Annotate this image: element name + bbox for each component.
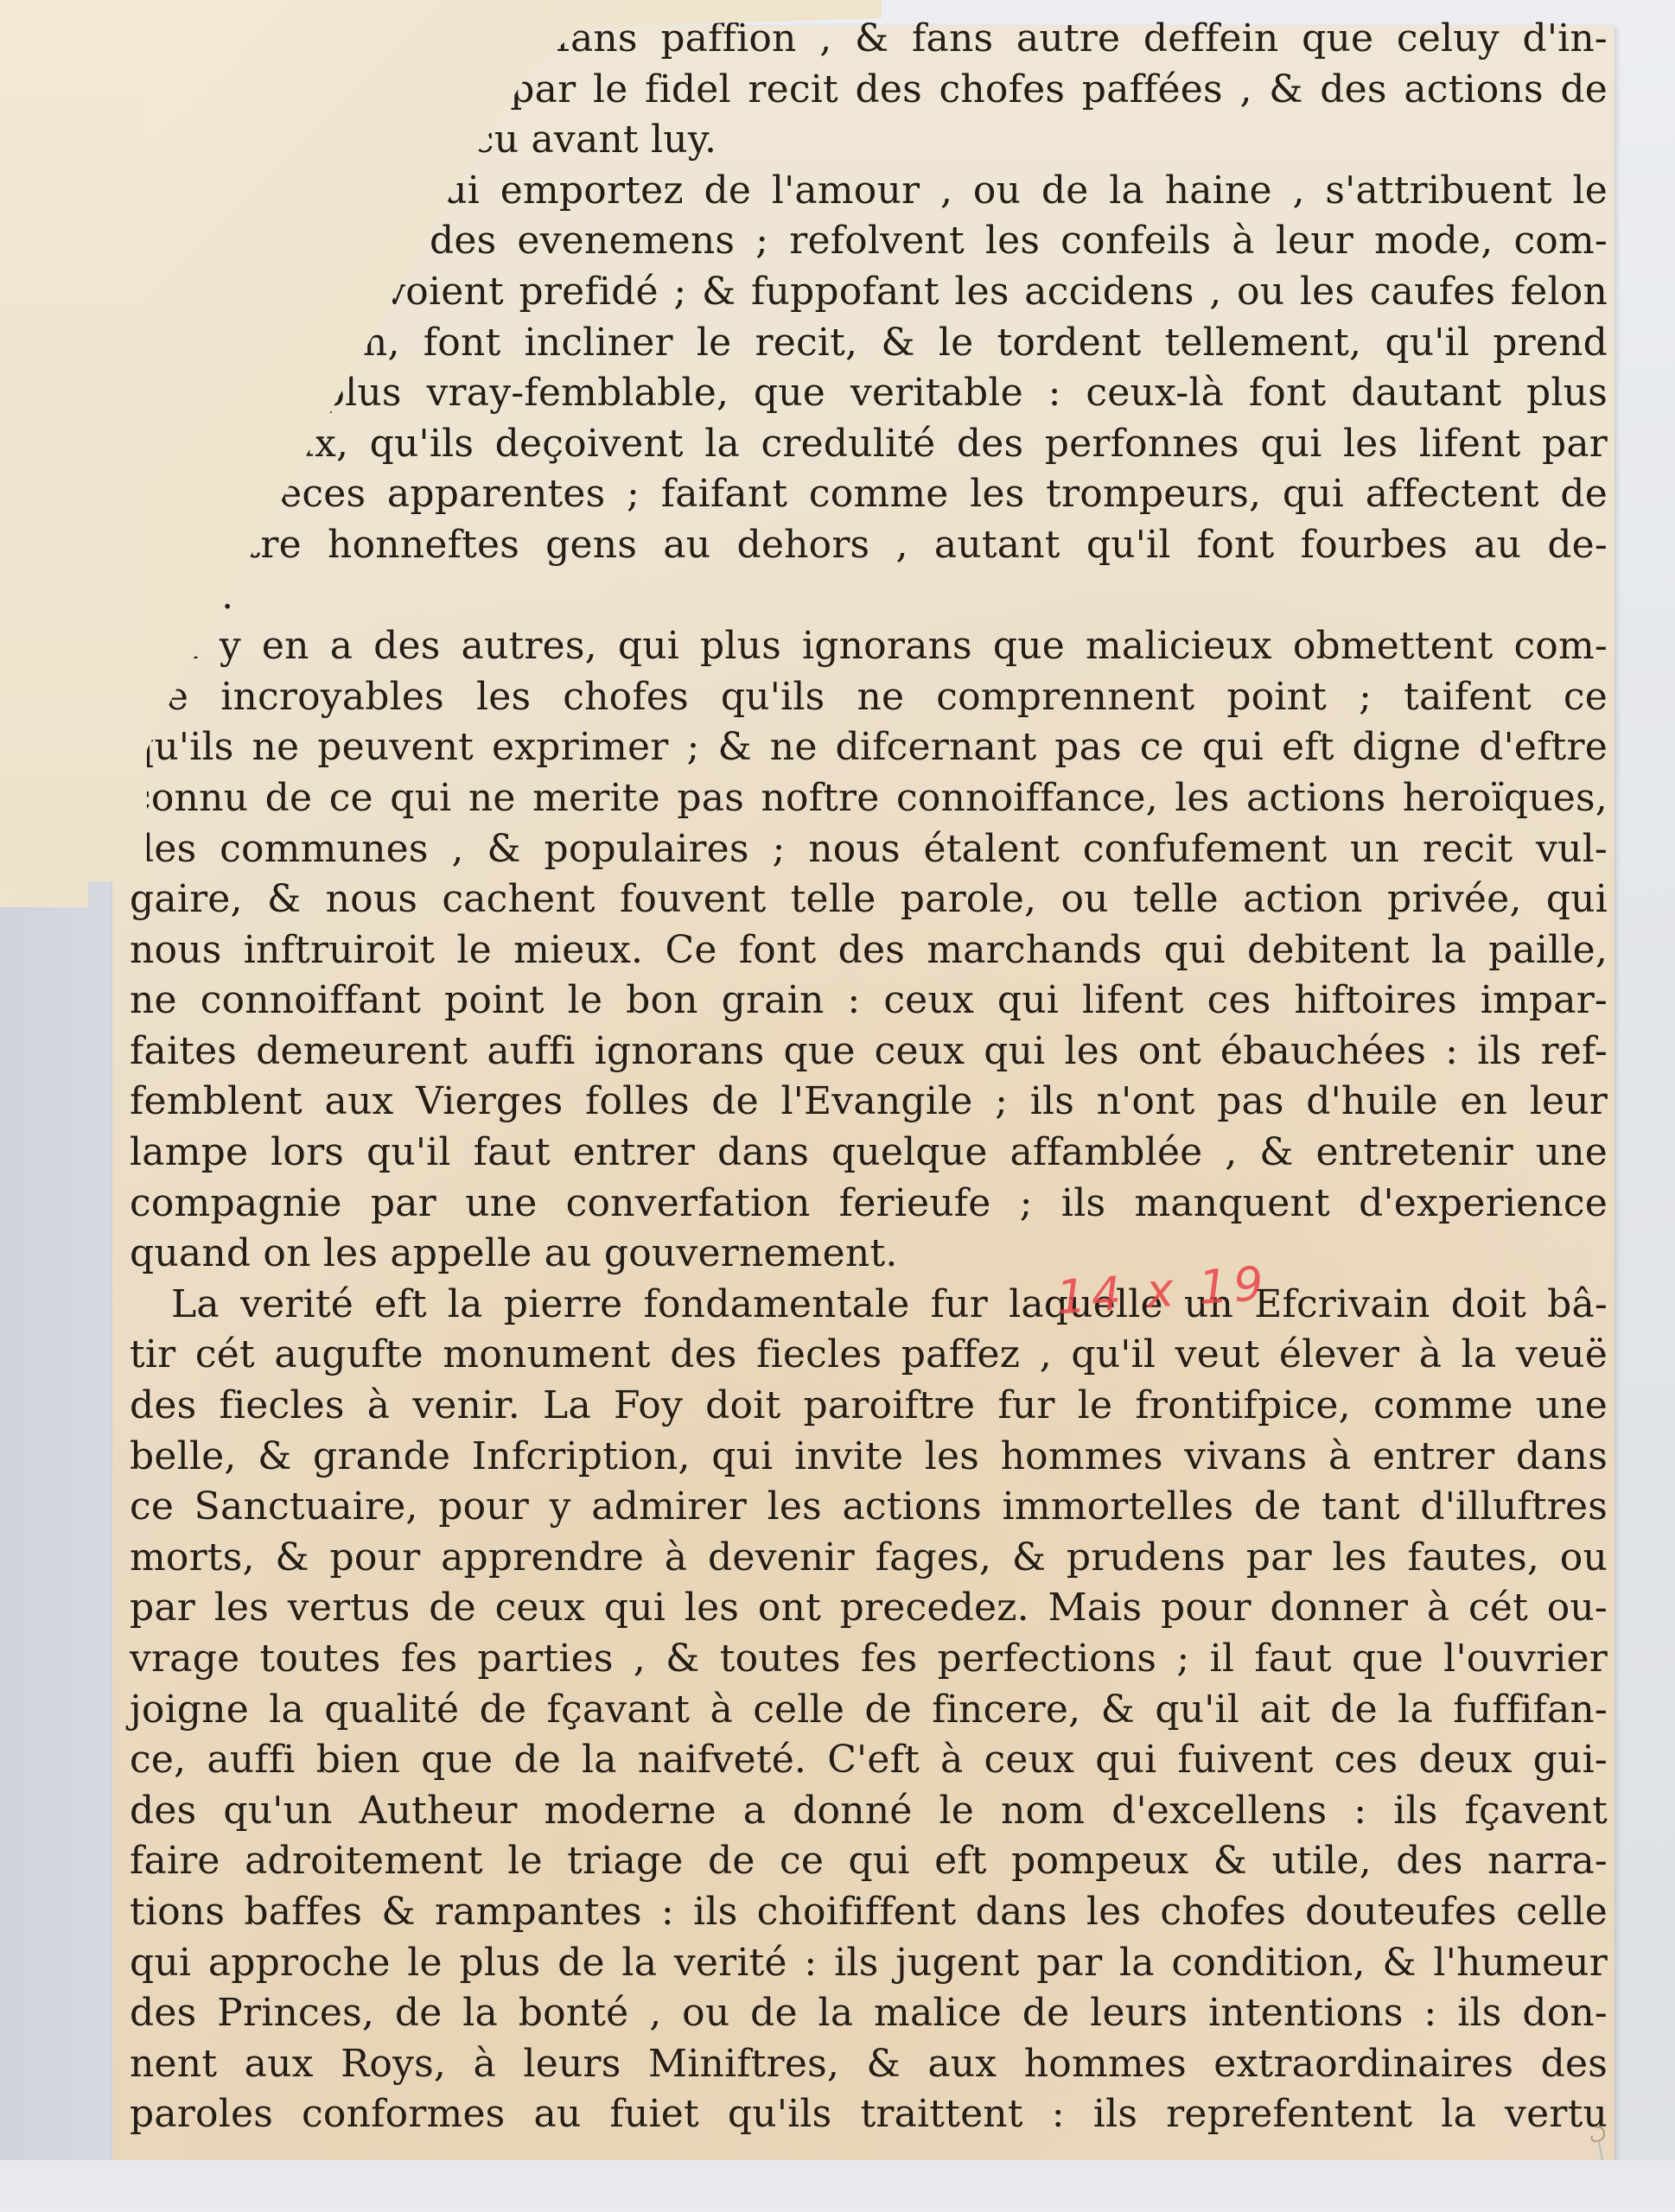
- text-line: nent aux Roys, à leurs Miniftres, & aux …: [130, 2039, 1608, 2090]
- line-text: par le fidel recit des chofes paffées , …: [510, 67, 1608, 111]
- text-line: faites demeurent auffi ignorans que ceux…: [130, 1027, 1608, 1077]
- text-line: dangereux, qu'ils deçoivent la credulité…: [130, 419, 1608, 470]
- text-line: des qu'un Autheur moderne a donné le nom…: [130, 1786, 1608, 1837]
- text-line: femblent aux Vierges folles de l'Evangil…: [130, 1077, 1608, 1128]
- text-line: paroles conformes au fuiet qu'ils traitt…: [130, 2089, 1608, 2140]
- text-line: vrage toutes fes parties , & toutes fes …: [130, 1634, 1608, 1685]
- text-line: faire adroitement le triage de ce qui ef…: [130, 1836, 1608, 1887]
- line-text: paffion, font incliner le recit, & le to…: [252, 321, 1608, 365]
- backdrop-bottom: [0, 2160, 1675, 2212]
- line-text: juger des evenemens ; refolvent les conf…: [307, 219, 1608, 263]
- text-line: des efpeces apparentes ; faifant comme l…: [130, 469, 1608, 520]
- text-line: paroiftre honneftes gens au dehors , aut…: [130, 520, 1608, 571]
- text-line: tions baffes & rampantes : ils choififfe…: [130, 1887, 1608, 1938]
- text-line: quand on les appelle au gouvernement.: [130, 1229, 1608, 1280]
- text-line: dans.: [130, 571, 1608, 622]
- text-line: Il y en a des autres, qui plus ignorans …: [130, 621, 1608, 672]
- text-line: ne connoiffant point le bon grain : ceux…: [130, 976, 1608, 1027]
- line-text: a qui emportez de l'amour , ou de la hai…: [375, 168, 1608, 213]
- text-line: La verité eft la pierre fondamentale fur…: [130, 1280, 1608, 1331]
- text-line: qui approche le plus de la verité : ils …: [130, 1938, 1608, 1989]
- text-line: belle, & grande Infcription, qui invite …: [130, 1432, 1608, 1483]
- text-line: qu'ils ne peuvent exprimer ; & ne difcer…: [130, 722, 1608, 773]
- folded-paper-edge: [0, 0, 147, 881]
- text-line: des communes , & populaires ; nous étale…: [130, 824, 1608, 875]
- text-line: lampe lors qu'il faut entrer dans quelqu…: [130, 1128, 1608, 1179]
- text-line: compagnie par une converfation ferieufe …: [130, 1179, 1608, 1230]
- text-line: joigne la qualité de fçavant à celle de …: [130, 1685, 1608, 1736]
- text-line: tir cét augufte monument des fiecles paf…: [130, 1330, 1608, 1381]
- line-text: y avoient prefidé ; & fuppofant les acci…: [324, 270, 1608, 314]
- text-line: par les vertus de ceux qui les ont prece…: [130, 1583, 1608, 1634]
- text-line: des fiecles à venir. La Foy doit paroift…: [130, 1381, 1608, 1432]
- text-line: ce, auffi bien que de la naifveté. C'eft…: [130, 1735, 1608, 1786]
- text-line: gaire, & nous cachent fouvent telle paro…: [130, 874, 1608, 925]
- text-line: connu de ce qui ne merite pas noftre con…: [130, 773, 1608, 824]
- text-line: morts, & pour apprendre à devenir fages,…: [130, 1533, 1608, 1584]
- text-line: un biais plus vray-femblable, que verita…: [130, 368, 1608, 419]
- text-line: des Princes, de la bonté , ou de la mali…: [130, 1988, 1608, 2039]
- text-line: nous inftruiroit le mieux. Ce font des m…: [130, 925, 1608, 976]
- text-line: me incroyables les chofes qu'ils ne comp…: [130, 672, 1608, 723]
- text-line: ce Sanctuaire, pour y admirer les action…: [130, 1482, 1608, 1533]
